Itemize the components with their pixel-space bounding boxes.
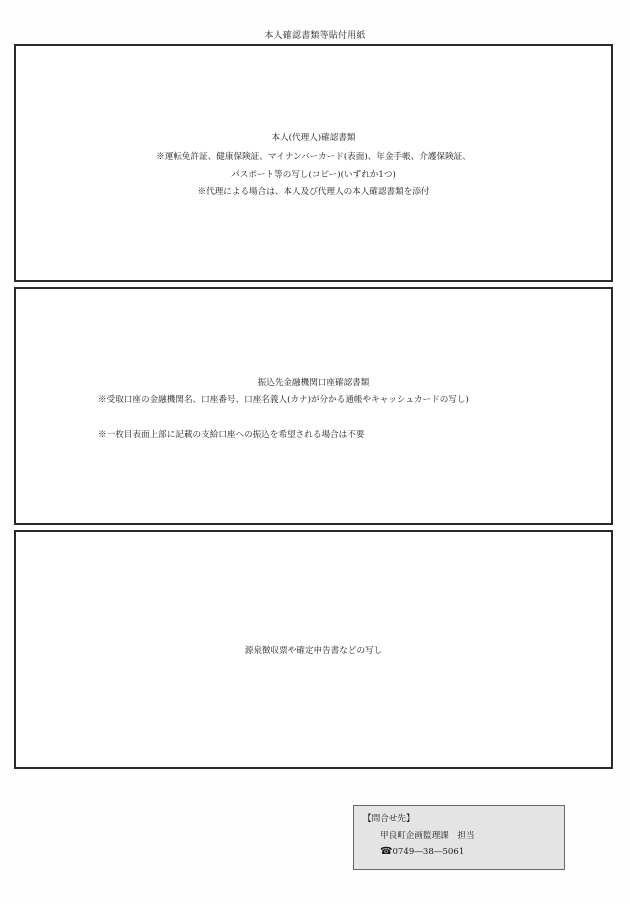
- section-note: ※運転免許証、健康保険証、マイナンバーカード(表面)、年金手帳、介護保険証、: [16, 150, 611, 162]
- page-title: 本人確認書類等貼付用紙: [0, 28, 630, 41]
- section-heading: 本人(代理人)確認書類: [16, 131, 611, 143]
- section-note: パスポート等の写し(コピー)(いずれか1つ): [16, 168, 611, 180]
- contact-phone: 0749―38―5061: [392, 847, 464, 857]
- section-note: ※一枚目表面上部に記載の支給口座への振込を希望される場合は不要: [98, 428, 630, 440]
- section-note: ※受取口座の金融機関名、口座番号、口座名義人(カナ)が分かる通帳やキャッシュカー…: [98, 393, 630, 405]
- income-document-attachment-area: 源泉徴収票や確定申告書などの写し: [14, 530, 613, 769]
- contact-phone-row: ☎0749―38―5061: [380, 846, 464, 857]
- section-heading: 振込先金融機関口座確認書類: [16, 376, 611, 388]
- section-note: ※代理による場合は、本人及び代理人の本人確認書類を添付: [16, 185, 611, 197]
- contact-department: 甲良町企画監理課 担当: [380, 829, 475, 841]
- contact-heading: 【問合せ先】: [363, 812, 415, 824]
- id-document-attachment-area: 本人(代理人)確認書類 ※運転免許証、健康保険証、マイナンバーカード(表面)、年…: [14, 44, 613, 282]
- contact-box: 【問合せ先】 甲良町企画監理課 担当 ☎0749―38―5061: [353, 805, 565, 870]
- bank-account-attachment-area: 振込先金融機関口座確認書類 ※受取口座の金融機関名、口座番号、口座名義人(カナ)…: [14, 287, 613, 525]
- section-heading: 源泉徴収票や確定申告書などの写し: [16, 644, 611, 656]
- telephone-icon: ☎: [380, 846, 392, 857]
